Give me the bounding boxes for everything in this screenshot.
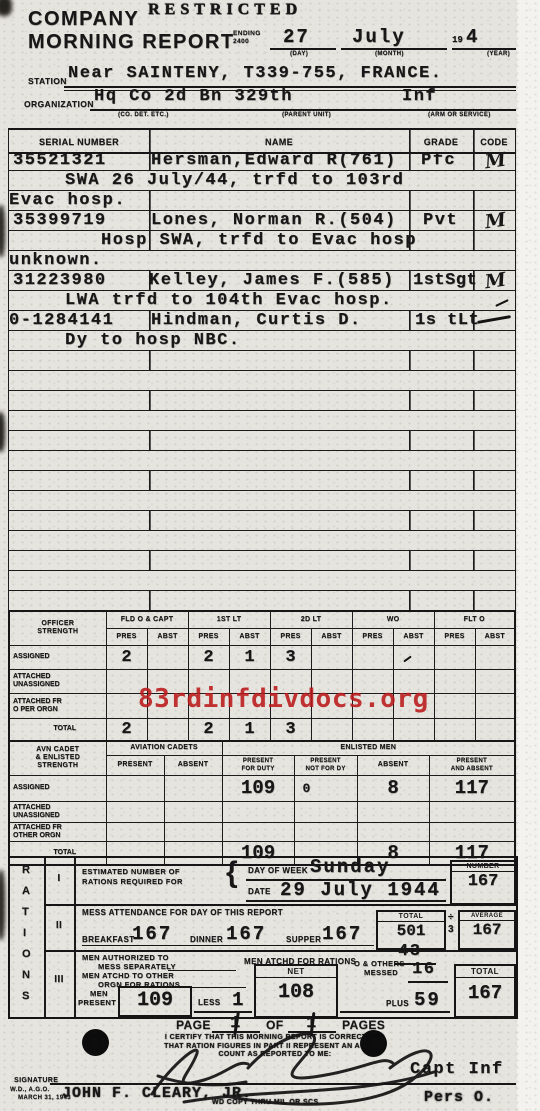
roster-row-empty (8, 570, 516, 591)
net-value: 108 (256, 978, 336, 1004)
cadet-cell: 117 (429, 775, 515, 801)
roster-header-name: NAME (149, 137, 409, 147)
plus-line (340, 1011, 450, 1013)
rations-letter: O (22, 948, 31, 960)
date-day-value: 27 (283, 26, 310, 48)
col-header-present-for-duty: PRESENT FOR DUTY (222, 755, 294, 775)
rations-letter: R (22, 864, 30, 876)
roster-remark: SWA 26 July/44, trfd to 103rd (65, 171, 404, 190)
abst-header: ABST (147, 628, 188, 645)
roster-row-empty (8, 530, 516, 551)
roster-row-empty (8, 430, 516, 451)
roster-row-remark: SWA 26 July/44, trfd to 103rd (8, 170, 516, 191)
officer-cell: 1 (229, 718, 270, 741)
net-label: NET (256, 966, 336, 978)
date-day-line (270, 48, 336, 50)
dinner-value: 167 (226, 923, 266, 945)
ending-time: 2400 (233, 38, 249, 45)
scan-edge-strip (517, 0, 540, 1111)
roster-row-empty (8, 590, 516, 611)
report-title-line1: COMPANY (28, 8, 139, 31)
officer-cell: 2 (106, 718, 147, 741)
rations-letter: I (23, 927, 26, 939)
morning-report-scan: RESTRICTED COMPANY MORNING REPORT ENDING… (0, 0, 540, 1111)
scan-smudge (0, 412, 5, 452)
hole-punch (82, 1029, 109, 1056)
officer-cell (311, 645, 352, 669)
average-label: AVERAGE (460, 912, 514, 921)
cadet-row-label: ATTACHED FR OTHER ORGN (9, 822, 106, 841)
roster-header-serial: SERIAL NUMBER (9, 137, 149, 147)
roster-row-remark: LWA trfd to 104th Evac hosp. (8, 290, 516, 311)
organization-line (90, 109, 516, 111)
rations-req-label-line1: ESTIMATED NUMBER OF (82, 867, 180, 876)
organization-value: Hq Co 2d Bn 329th (94, 87, 293, 106)
men-present-value: 109 (120, 988, 190, 1012)
rations-total-label: TOTAL (456, 966, 514, 978)
ending-label: ENDING (233, 30, 261, 37)
auth-mess-line (168, 970, 236, 971)
rations-letter: S (22, 990, 30, 1002)
average-box: AVERAGE 167 (458, 910, 516, 950)
atchd-other-label-line1: MEN ATCHD TO OTHER (82, 971, 174, 980)
enlisted-strength-table: AVN CADET & ENLISTED STRENGTH AVIATION C… (8, 740, 516, 866)
roster-name: Lones, Norman R.(504) (151, 211, 397, 230)
mess-line (82, 945, 374, 946)
officer-cell (352, 718, 393, 741)
station-label: STATION (28, 76, 67, 86)
scan-smudge (0, 0, 12, 16)
less-value: 1 (232, 989, 245, 1011)
roster-row-remark: Evac hosp. (8, 190, 516, 211)
day-of-week-value: Sunday (310, 856, 390, 878)
col-header-present: PRESENT (106, 755, 164, 775)
officer-row-label: ATTACHED UNASSIGNED (9, 669, 106, 693)
officer-cell (393, 645, 434, 669)
abst-header: ABST (393, 628, 434, 645)
abst-header: ABST (475, 628, 515, 645)
pres-header: PRES (188, 628, 229, 645)
officer-group-1stlt: 1ST LT (188, 611, 270, 628)
rations-date-value: 29 July 1944 (280, 879, 441, 901)
less-line (194, 1011, 252, 1013)
auth-mess-label-line1: MEN AUTHORIZED TO (82, 953, 169, 962)
roster-remark: Hosp SWA, trfd to Evac hosp (101, 231, 417, 250)
plus-value: 59 (414, 989, 441, 1011)
organization-label: ORGANIZATION (24, 99, 94, 109)
officer-cell: 1 (229, 645, 270, 669)
men-present-label-line1: MEN (90, 989, 108, 998)
number-box: NUMBER 167 (450, 860, 516, 905)
roster-row-empty (8, 510, 516, 531)
organization-arm: Inf (402, 87, 437, 106)
scan-smudge (0, 205, 5, 257)
brace-glyph: { (226, 856, 238, 890)
station-value: Near SAINTENY, T339-755, FRANCE. (68, 64, 442, 83)
pen-dash-mark (477, 315, 511, 324)
rations-total-value: 167 (456, 978, 514, 1004)
officer-cell: 2 (188, 718, 229, 741)
total-value: 501 (378, 922, 444, 940)
date-month-value: July (352, 26, 406, 48)
others-messed-label-line2: MESSED (364, 968, 398, 977)
men-present-box: 109 (118, 986, 192, 1017)
org-sublabel-parent: (PARENT UNIT) (282, 112, 331, 118)
roster-name: Hersman,Edward R(761) (151, 151, 397, 170)
officer-cell: 2 (106, 645, 147, 669)
date-year-preprint: 19 (452, 35, 463, 45)
officer-cell (147, 645, 188, 669)
breakfast-value: 167 (132, 923, 172, 945)
officer-cell (147, 718, 188, 741)
plus-label: PLUS (386, 999, 409, 1008)
cadet-strength-title: AVN CADET & ENLISTED STRENGTH (9, 741, 106, 775)
dinner-label: DINNER (190, 935, 223, 944)
officer-row-label: ATTACHED FR O PER ORGN (9, 693, 106, 718)
cadet-cell: 0 (294, 775, 357, 801)
roster-header-code: CODE (473, 137, 515, 147)
aviation-cadets-header: AVIATION CADETS (106, 741, 222, 755)
roster-remark: Evac hosp. (9, 191, 126, 210)
roster-row-remark: unknown. (8, 250, 516, 271)
pres-header: PRES (106, 628, 147, 645)
pres-header: PRES (270, 628, 311, 645)
officer-row-label: ASSIGNED (9, 645, 106, 669)
officer-group-2dlt: 2D LT (270, 611, 352, 628)
number-value: 167 (452, 872, 514, 891)
pres-header: PRES (434, 628, 475, 645)
pen-mark (495, 299, 509, 307)
roster-remark: unknown. (9, 251, 103, 270)
officer-group-fldo: FLD O & CAPT (106, 611, 188, 628)
officer-cell (475, 645, 515, 669)
officer-cell: 3 (270, 645, 311, 669)
atchd-rations-value: 43 (398, 942, 421, 961)
net-box: NET 108 (254, 964, 338, 1018)
officer-row-label: TOTAL (9, 718, 106, 741)
officer-cell (434, 718, 475, 741)
section-numeral-3: III (44, 974, 74, 985)
officer-strength-title: OFFICER STRENGTH (9, 611, 106, 645)
rations-letter: T (22, 906, 29, 918)
roster-remark: LWA trfd to 104th Evac hosp. (65, 291, 393, 310)
rations-divider (74, 858, 76, 1017)
rations-section: R A T I O N S I II III ESTIMATED NUMBER … (8, 856, 518, 1019)
section-numeral-2: II (44, 920, 74, 931)
roster-row-entry: 0-1284141 Hindman, Curtis D. 1s tLt (8, 310, 516, 331)
rations-section-line (44, 950, 516, 952)
date-year-value: 4 (466, 26, 479, 48)
roster-row-empty (8, 550, 516, 571)
roster-remark: Dy to hosp NBC. (65, 331, 241, 350)
roster-row-empty (8, 450, 516, 471)
roster-grade: 1s tLt (415, 311, 479, 330)
roster-row-empty (8, 390, 516, 411)
date-label: DATE (248, 887, 271, 896)
date-month-label: (MONTH) (375, 51, 404, 57)
less-label: LESS (198, 998, 221, 1007)
others-messed-line (408, 981, 448, 983)
roster-serial: 35399719 (13, 211, 107, 230)
officer-cell (352, 645, 393, 669)
officer-cell: 3 (270, 718, 311, 741)
roster-serial: 35521321 (13, 151, 107, 170)
officer-cell (475, 718, 515, 741)
cadet-row-label: ASSIGNED (9, 775, 106, 801)
abst-header: ABST (311, 628, 352, 645)
officer-group-flto: FLT O (434, 611, 515, 628)
officer-cell: 2 (188, 645, 229, 669)
roster-row-entry: 35399719 Lones, Norman R.(504) Pvt M (8, 210, 516, 231)
officer-cell (434, 645, 475, 669)
breakfast-label: BREAKFAST (82, 935, 135, 944)
roster-grade: Pvt (423, 211, 458, 230)
scan-smudge (0, 870, 5, 940)
cadet-cell (106, 775, 164, 801)
average-value: 167 (460, 921, 514, 939)
divisor-glyph: ÷ 3 (446, 912, 456, 936)
roster-row-empty (8, 350, 516, 371)
form-reference: W.D., A.G.O. (10, 1087, 50, 1093)
date-year-line (452, 48, 516, 50)
total-label: TOTAL (378, 912, 444, 922)
cadet-cell: 8 (357, 775, 429, 801)
roster-serial: 0-1284141 (9, 311, 114, 330)
handwritten-signature (128, 1022, 462, 1111)
col-header-present-and-absent: PRESENT AND ABSENT (429, 755, 515, 775)
roster-serial: 31223980 (13, 271, 107, 290)
rations-letter: N (22, 969, 30, 981)
officer-group-wo: WO (352, 611, 434, 628)
enlisted-men-header: ENLISTED MEN (222, 741, 515, 755)
others-messed-value: 16 (412, 960, 435, 979)
cadet-cell: 109 (222, 775, 294, 801)
officer-strength-table: OFFICER STRENGTH FLD O & CAPT 1ST LT 2D … (8, 610, 516, 742)
roster-grade: Pfc (421, 151, 456, 170)
col-header-present-not-for-dy: PRESENT NOT FOR DY (294, 755, 357, 775)
report-title-line2: MORNING REPORT (28, 31, 235, 54)
rations-section-line (44, 904, 516, 906)
date-day-label: (DAY) (290, 51, 308, 57)
officer-cell (311, 718, 352, 741)
org-sublabel-co: (CO. DET. ETC.) (118, 112, 169, 118)
rations-date-line (246, 900, 446, 902)
roster-row-remark: Dy to hosp NBC. (8, 330, 516, 351)
signature-label: SIGNATURE (14, 1077, 58, 1084)
roster-row-remark: Hosp SWA, trfd to Evac hosp (8, 230, 516, 251)
supper-label: SUPPER (286, 935, 321, 944)
roster-row-empty (8, 470, 516, 491)
roster-row-empty (8, 410, 516, 431)
col-header-absent: ABSENT (164, 755, 222, 775)
men-present-label-line2: PRESENT (78, 998, 116, 1007)
supper-value: 167 (322, 923, 362, 945)
roster-grade: 1stSgt (413, 271, 477, 290)
roster-row-entry: 31223980 Kelley, James F.(585) 1stSgt M (8, 270, 516, 291)
roster-row-entry: 35521321 Hersman,Edward R(761) Pfc M (8, 150, 516, 171)
org-sublabel-arm: (ARM OR SERVICE) (428, 112, 491, 118)
number-label: NUMBER (452, 862, 514, 872)
day-of-week-label: DAY OF WEEK (248, 866, 308, 875)
pres-header: PRES (352, 628, 393, 645)
rations-req-label-line2: RATIONS REQUIRED FOR (82, 877, 183, 886)
roster-name: Kelley, James F.(585) (149, 271, 395, 290)
roster-row-empty (8, 370, 516, 391)
roster-header-grade: GRADE (409, 137, 473, 147)
rations-total-box: TOTAL 167 (454, 964, 516, 1018)
officer-cell (393, 718, 434, 741)
mess-attendance-label: MESS ATTENDANCE FOR DAY OF THIS REPORT (82, 908, 283, 917)
roster-row-empty (8, 490, 516, 511)
classification-stamp: RESTRICTED (148, 1, 302, 19)
roster-name: Hindman, Curtis D. (151, 311, 362, 330)
cadet-row-label: ATTACHED UNASSIGNED (9, 801, 106, 822)
cadet-cell (164, 775, 222, 801)
date-year-label: (YEAR) (487, 51, 510, 57)
abst-header: ABST (229, 628, 270, 645)
rations-letter: A (22, 885, 30, 897)
date-month-line (341, 48, 447, 50)
archive-watermark: 83rdinfdivdocs.org (138, 684, 429, 714)
col-header-absent-em: ABSENT (357, 755, 429, 775)
auth-mess-label-line2: MESS SEPARATELY (98, 962, 176, 971)
section-numeral-1: I (44, 873, 74, 884)
